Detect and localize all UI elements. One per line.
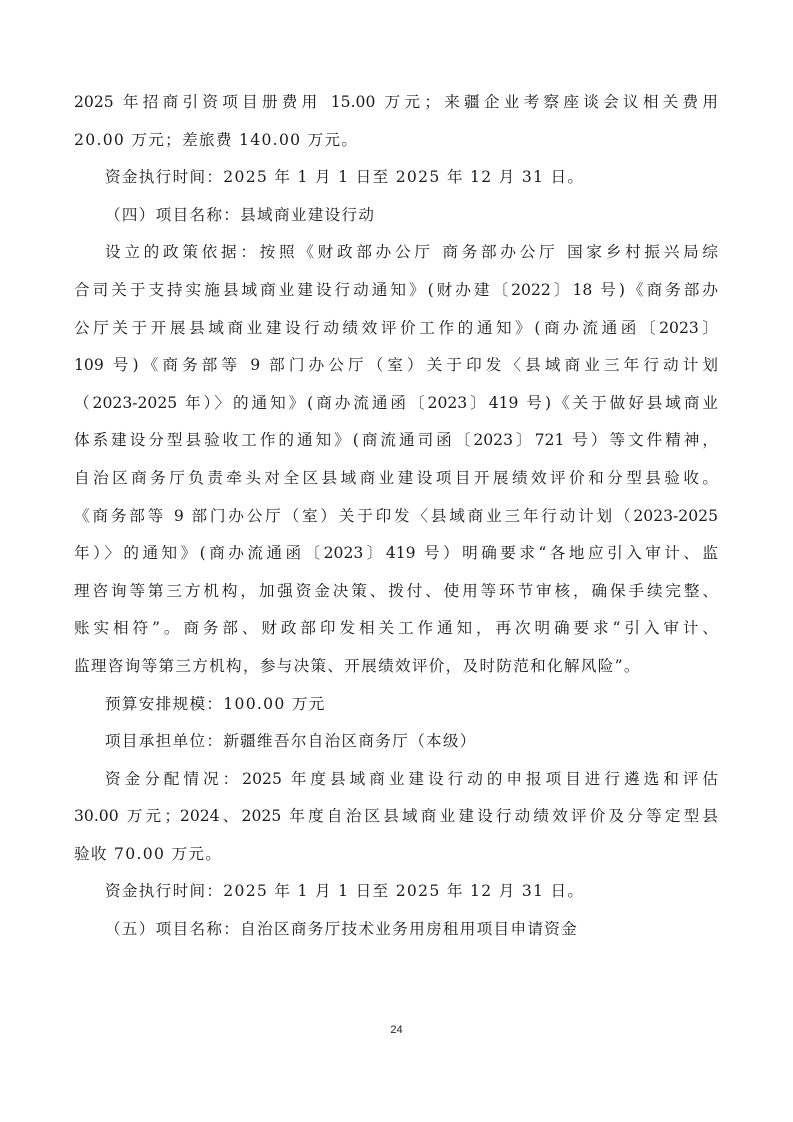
section-heading-4: （四）项目名称：县域商业建设行动 [74, 197, 718, 235]
funding-period-line: 资金执行时间：2025 年 1 月 1 日至 2025 年 12 月 31 日。 [74, 873, 718, 911]
paragraph-line: 30.00 万元；2024、2025 年度自治区县域商业建设行动绩效评价及分等定… [74, 798, 718, 836]
paragraph-line: 109 号)《商务部等 9 部门办公厅（室）关于印发〈县域商业三年行动计划 [74, 347, 718, 385]
paragraph-line: 理咨询等第三方机构，加强资金决策、拨付、使用等环节审核，确保手续完整、 [74, 573, 718, 611]
paragraph-line: 体系建设分型县验收工作的通知》(商流通司函〔2023〕721 号）等文件精神， [74, 422, 718, 460]
funding-period-line: 资金执行时间：2025 年 1 月 1 日至 2025 年 12 月 31 日。 [74, 159, 718, 197]
paragraph-line: 自治区商务厅负责牵头对全区县域商业建设项目开展绩效评价和分型县验收。 [74, 460, 718, 498]
paragraph-line: （2023-2025 年）〉的通知》(商办流通函〔2023〕419 号)《关于做… [74, 385, 718, 423]
paragraph-line: 年）〉的通知》(商办流通函〔2023〕419 号）明确要求“各地应引入审计、监 [74, 535, 718, 573]
paragraph-line: 2025 年招商引资项目册费用 15.00 万元；来疆企业考察座谈会议相关费用 [74, 84, 718, 122]
page-number: 24 [0, 1024, 793, 1036]
paragraph-line: 合司关于支持实施县域商业建设行动通知》(财办建〔2022〕18 号)《商务部办 [74, 272, 718, 310]
paragraph-line: 账实相符”。商务部、财政部印发相关工作通知，再次明确要求“引入审计、 [74, 610, 718, 648]
paragraph-line: 验收 70.00 万元。 [74, 836, 718, 874]
paragraph-line: 《商务部等 9 部门办公厅（室）关于印发〈县域商业三年行动计划（2023-202… [74, 498, 718, 536]
fund-allocation-line: 资金分配情况：2025 年度县域商业建设行动的申报项目进行遴选和评估 [74, 761, 718, 799]
budget-scale-line: 预算安排规模：100.00 万元 [74, 686, 718, 724]
paragraph-line: 公厅关于开展县域商业建设行动绩效评价工作的通知》(商办流通函〔2023〕 [74, 310, 718, 348]
paragraph-line: 20.00 万元；差旅费 140.00 万元。 [74, 122, 718, 160]
paragraph-line: 监理咨询等第三方机构，参与决策、开展绩效评价，及时防范和化解风险”。 [74, 648, 718, 686]
document-body: 2025 年招商引资项目册费用 15.00 万元；来疆企业考察座谈会议相关费用 … [74, 84, 718, 949]
section-heading-5: （五）项目名称：自治区商务厅技术业务用房租用项目申请资金 [74, 911, 718, 949]
policy-basis-line: 设立的政策依据：按照《财政部办公厅 商务部办公厅 国家乡村振兴局综 [74, 234, 718, 272]
responsible-unit-line: 项目承担单位：新疆维吾尔自治区商务厅（本级） [74, 723, 718, 761]
